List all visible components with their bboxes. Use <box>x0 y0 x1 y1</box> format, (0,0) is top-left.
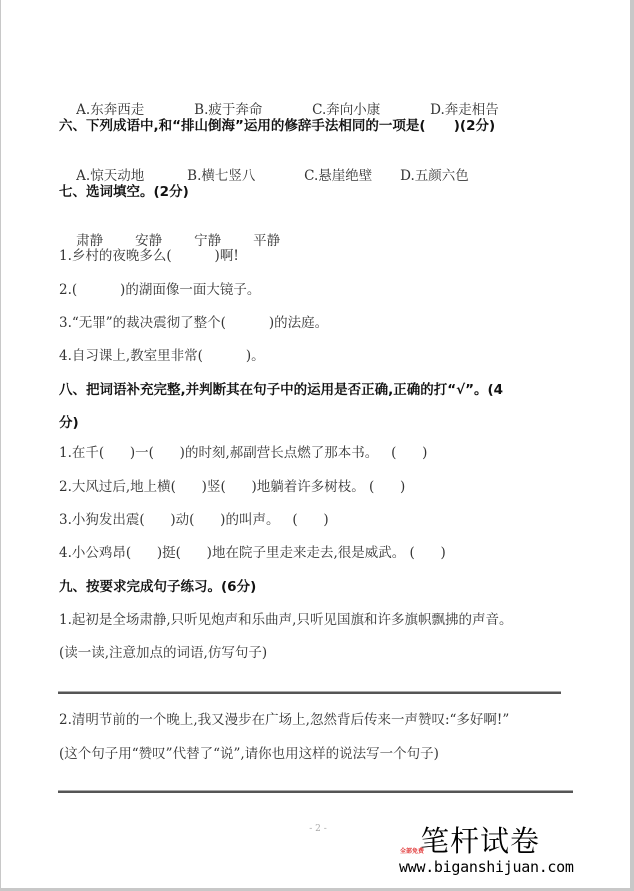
watermark-url: www.biganshijuan.com <box>399 857 574 877</box>
q7-word: 平静 <box>253 232 280 250</box>
q8-item-4: 4.小公鸡昂( )挺( )地在院子里走来走去,很是威武。 ( ) <box>59 544 446 562</box>
q9-heading: 九、按要求完成句子练习。(6分) <box>59 578 256 596</box>
q8-item-3: 3.小狗发出震( )动( )的叫声。 ( ) <box>59 511 329 529</box>
q6-option-c: C.悬崖绝壁 <box>304 167 400 185</box>
q9-item-1-instruction: (读一读,注意加点的词语,仿写句子) <box>59 644 267 662</box>
q6-option-b: B.横七竖八 <box>187 167 304 185</box>
document-page: A.东奔西走B.疲于奔命C.奔向小康D.奔走相告 六、下列成语中,和“排山倒海”… <box>1 0 630 888</box>
q9-item-1-sentence: 1.起初是全场肃静,只听见炮声和乐曲声,只听见国旗和许多旗帜飘拂的声音。 <box>59 611 512 629</box>
watermark-badge: 全部免费 <box>400 848 424 856</box>
q7-item-1: 1.乡村的夜晚多么( )啊! <box>59 247 239 265</box>
q7-item-4: 4.自习课上,教室里非常( )。 <box>59 347 265 365</box>
q7-item-3: 3.“无罪”的裁决震彻了整个( )的法庭。 <box>59 314 328 332</box>
q9-item-2-sentence: 2.清明节前的一个晚上,我又漫步在广场上,忽然背后传来一声赞叹:“多好啊!” <box>59 711 509 729</box>
q9-item-2-instruction: (这个句子用“赞叹”代替了“说”,请你也用这样的说法写一个句子) <box>59 745 439 763</box>
q8-item-2: 2.大风过后,地上横( )竖( )地躺着许多树枝。 ( ) <box>59 478 405 496</box>
q8-item-1: 1.在千( )一( )的时刻,郝副营长点燃了那本书。 ( ) <box>59 444 427 462</box>
q7-heading: 七、选词填空。(2分) <box>59 183 189 201</box>
q9-item-1-answer-line[interactable] <box>58 691 561 694</box>
q9-item-2-answer-line[interactable] <box>58 790 573 793</box>
q8-heading-cont: 分) <box>59 414 79 432</box>
q7-item-2: 2.( )的湖面像一面大镜子。 <box>59 281 260 299</box>
q6-heading: 六、下列成语中,和“排山倒海”运用的修辞手法相同的一项是( )(2分) <box>59 117 495 135</box>
watermark-title: 笔杆试卷 <box>420 824 540 858</box>
page-number: - 2 - <box>301 824 335 834</box>
q6-option-d: D.五颜六色 <box>400 167 469 185</box>
q8-heading: 八、把词语补充完整,并判断其在句子中的运用是否正确,正确的打“√”。(4 <box>59 381 503 399</box>
